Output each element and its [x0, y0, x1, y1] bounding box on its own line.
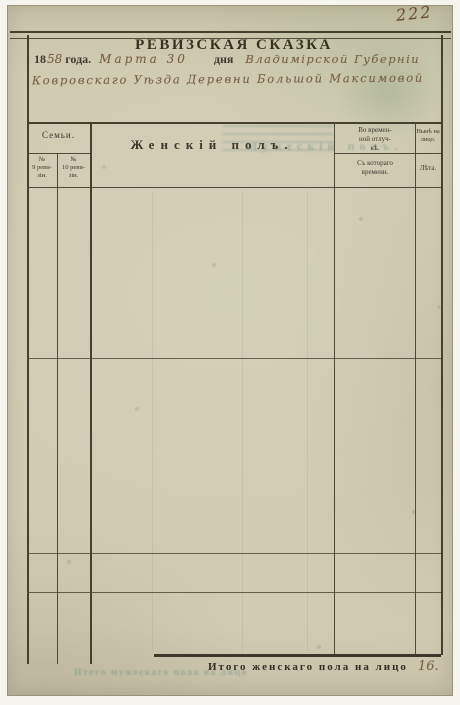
footer-total-value: 16.: [418, 659, 439, 674]
table-body: [8, 6, 452, 695]
scanned-revision-list-page: 222 Мужескій полъ. Итого мужескаго пола …: [7, 5, 453, 696]
footer-total: Итого женскаго пола на лицо 16.: [208, 659, 439, 674]
footer-total-label: Итого женскаго пола на лицо: [208, 661, 408, 673]
